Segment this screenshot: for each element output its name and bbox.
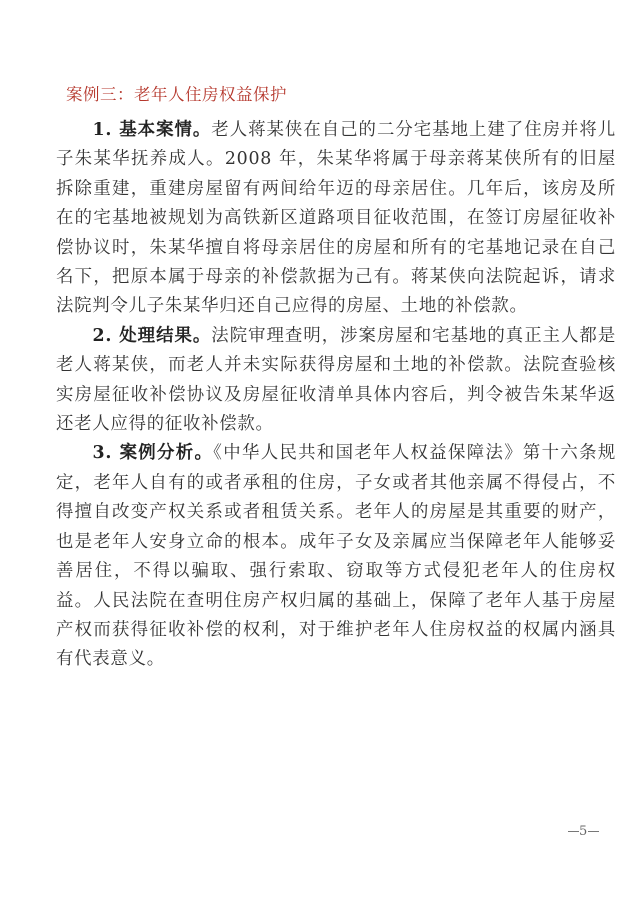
paragraph-result: 2. 处理结果。法院审理查明，涉案房屋和宅基地的真正主人都是老人蒋某侠，而老人并… bbox=[56, 322, 616, 440]
dash-decoration bbox=[588, 831, 599, 832]
paragraph-analysis: 3. 案例分析。《中华人民共和国老年人权益保障法》第十六条规定，老年人自有的或者… bbox=[56, 439, 616, 674]
case-title: 案例三：老年人住房权益保护 bbox=[66, 84, 287, 106]
paragraph-heading: 2. 处理结果。 bbox=[93, 326, 212, 346]
paragraph-basic-facts: 1. 基本案情。老人蒋某侠在自己的二分宅基地上建了住房并将儿子朱某华抚养成人。2… bbox=[56, 116, 616, 322]
paragraph-text: 老人蒋某侠在自己的二分宅基地上建了住房并将儿子朱某华抚养成人。2008 年，朱某… bbox=[56, 120, 616, 316]
document-page: 案例三：老年人住房权益保护 1. 基本案情。老人蒋某侠在自己的二分宅基地上建了住… bbox=[0, 0, 640, 905]
page-number-value: 5 bbox=[579, 824, 588, 839]
paragraph-text: 《中华人民共和国老年人权益保障法》第十六条规定，老年人自有的或者承租的住房，子女… bbox=[56, 443, 616, 669]
paragraph-heading: 1. 基本案情。 bbox=[93, 120, 212, 140]
case-body: 1. 基本案情。老人蒋某侠在自己的二分宅基地上建了住房并将儿子朱某华抚养成人。2… bbox=[56, 116, 616, 675]
dash-decoration bbox=[568, 831, 579, 832]
paragraph-heading: 3. 案例分析。 bbox=[93, 443, 214, 463]
page-number: 5 bbox=[568, 824, 599, 839]
